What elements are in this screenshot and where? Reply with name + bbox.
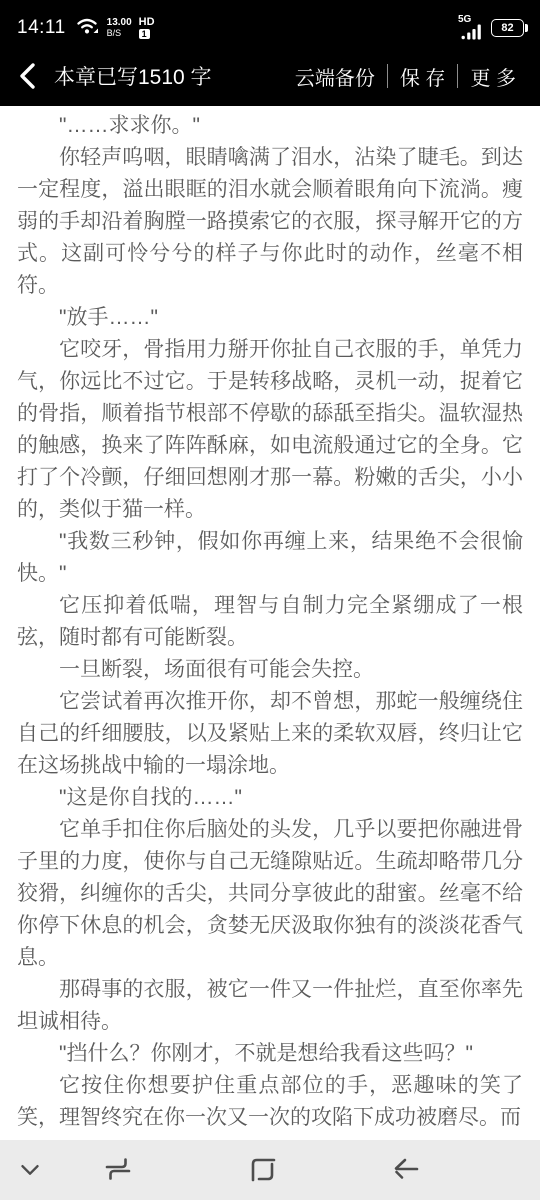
cellular-signal-icon: 5G bbox=[457, 15, 483, 41]
paragraph[interactable]: 那碍事的衣服，被它一件又一件扯烂，直至你率先坦诚相待。 bbox=[17, 974, 523, 1038]
header-actions: 云端备份 保 存 更 多 bbox=[283, 58, 516, 95]
paragraph[interactable]: 它按住你想要护住重点部位的手，恶趣味的笑了笑，理智终究在你一次又一次的攻陷下成功… bbox=[17, 1070, 523, 1134]
paragraph[interactable]: "我数三秒钟，假如你再缠上来，结果绝不会很愉快。" bbox=[17, 526, 523, 590]
paragraph[interactable]: 它尝试着再次推开你，却不曾想，那蛇一般缠绕住自己的纤细腰肢，以及紧贴上来的柔软双… bbox=[17, 686, 523, 782]
arrow-left-icon bbox=[388, 1153, 422, 1185]
battery-indicator: 82 bbox=[491, 19, 528, 37]
network-speed: 13.00 B/S bbox=[107, 18, 132, 38]
chevron-down-icon bbox=[15, 1154, 45, 1184]
paragraph[interactable]: "放手……" bbox=[17, 302, 523, 334]
volte-sim-indicator: HD 1 bbox=[139, 17, 155, 39]
cloud-backup-button[interactable]: 云端备份 bbox=[283, 58, 387, 95]
back-nav-button[interactable] bbox=[382, 1146, 428, 1192]
paragraph[interactable]: 一旦断裂，场面很有可能会失控。 bbox=[17, 654, 523, 686]
paragraph[interactable]: 你轻声呜咽，眼睛噙满了泪水，沾染了睫毛。到达一定程度，溢出眼眶的泪水就会顺着眼角… bbox=[17, 142, 523, 302]
app-header: 本章已写1510 字 云端备份 保 存 更 多 bbox=[0, 46, 540, 106]
recents-icon bbox=[102, 1153, 134, 1185]
paragraph[interactable]: 它压抑着低喘，理智与自制力完全紧绷成了一根弦，随时都有可能断裂。 bbox=[17, 590, 523, 654]
word-count-title: 本章已写1510 字 bbox=[54, 61, 212, 91]
paragraph[interactable]: "……求求你。" bbox=[17, 110, 523, 142]
wifi-icon bbox=[76, 16, 100, 40]
home-square-icon bbox=[246, 1153, 278, 1185]
battery-percent: 82 bbox=[491, 19, 524, 37]
paragraph[interactable]: 它咬牙，骨指用力掰开你扯自己衣服的手，单凭力气，你远比不过它。于是转移战略，灵机… bbox=[17, 334, 523, 526]
paragraph[interactable]: "挡什么？你刚才，不就是想给我看这些吗？" bbox=[17, 1038, 523, 1070]
recents-button[interactable] bbox=[95, 1146, 141, 1192]
editor-body[interactable]: "……求求你。" 你轻声呜咽，眼睛噙满了泪水，沾染了睫毛。到达一定程度，溢出眼眶… bbox=[0, 106, 540, 1140]
phone-screen: 14:11 13.00 B/S HD 1 bbox=[0, 0, 540, 1200]
home-button[interactable] bbox=[239, 1146, 285, 1192]
battery-nub bbox=[525, 24, 528, 32]
hd-label: HD bbox=[139, 17, 155, 28]
save-button[interactable]: 保 存 bbox=[388, 58, 458, 95]
hide-keyboard-button[interactable] bbox=[7, 1146, 53, 1192]
navigation-bar bbox=[0, 1140, 540, 1200]
clock: 14:11 bbox=[17, 17, 66, 39]
sim1-badge: 1 bbox=[139, 29, 150, 39]
chevron-left-icon bbox=[18, 62, 36, 90]
status-bar: 14:11 13.00 B/S HD 1 bbox=[0, 0, 540, 46]
signal-bars-icon bbox=[461, 23, 483, 40]
paragraph[interactable]: "这是你自找的……" bbox=[17, 782, 523, 814]
more-button[interactable]: 更 多 bbox=[458, 58, 516, 95]
top-bar: 14:11 13.00 B/S HD 1 bbox=[0, 0, 540, 106]
paragraph[interactable]: 它单手扣住你后脑处的头发，几乎以要把你融进骨子里的力度，使你与自己无缝隙贴近。生… bbox=[17, 814, 523, 974]
back-button[interactable] bbox=[16, 58, 38, 94]
